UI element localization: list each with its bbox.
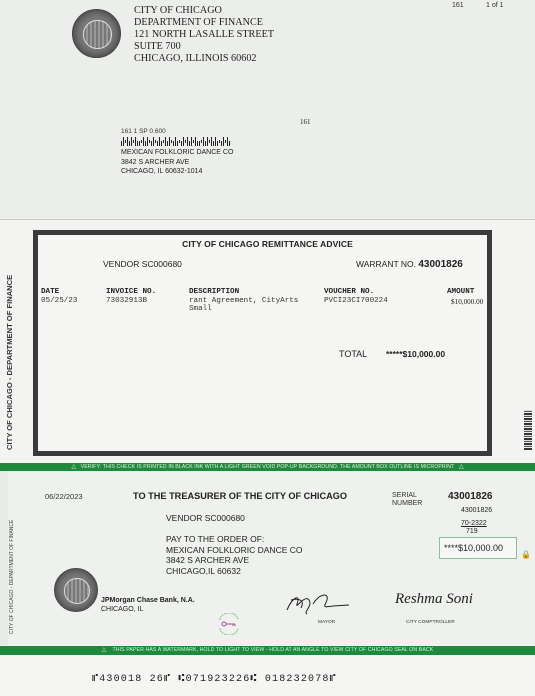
- padlock-icon: 🔒: [521, 550, 531, 559]
- mail-sort-code: 161 1 SP 0.600: [121, 128, 166, 135]
- row-voucher: PVCI23CI700224: [324, 297, 388, 305]
- routing-fraction-top: 70-2322: [461, 520, 487, 527]
- col-header-amount: AMOUNT: [447, 288, 474, 296]
- bank-info: JPMorgan Chase Bank, N.A. CHICAGO, IL: [101, 597, 195, 614]
- col-header-voucher: VOUCHER NO.: [324, 288, 374, 296]
- sender-line: SUITE 700: [134, 41, 274, 53]
- key-watermark-icon: [216, 613, 242, 635]
- recipient-address: MEXICAN FOLKLORIC DANCE CO 3842 S ARCHER…: [121, 148, 233, 177]
- sender-line: DEPARTMENT OF FINANCE: [134, 17, 274, 29]
- mayor-signature: [283, 590, 353, 618]
- warrant-label: WARRANT NO.: [356, 259, 416, 269]
- remittance-title: CITY OF CHICAGO REMITTANCE ADVICE: [0, 239, 535, 249]
- side-code-marks: [524, 410, 532, 450]
- serial-label: SERIAL NUMBER: [392, 492, 422, 507]
- serial-number-small: 43001826: [461, 507, 492, 514]
- bank-name: JPMorgan Chase Bank, N.A.: [101, 597, 195, 606]
- payee-line: CHICAGO,IL 60632: [166, 566, 303, 577]
- col-header-invoice: INVOICE NO.: [106, 288, 156, 296]
- bank-city: CHICAGO, IL: [101, 606, 195, 615]
- mayor-label: MAYOR: [318, 620, 335, 625]
- security-notice-top: VERIFY: THIS CHECK IS PRINTED IN BLACK I…: [81, 464, 455, 470]
- security-notice-bottom: THIS PAPER HAS A WATERMARK, HOLD TO LIGH…: [112, 647, 433, 653]
- warrant-value: 43001826: [418, 259, 463, 270]
- lock-icon: △: [102, 647, 107, 653]
- city-seal-icon: [72, 9, 121, 58]
- col-header-description: DESCRIPTION: [189, 288, 239, 296]
- sender-line: CITY OF CHICAGO: [134, 5, 274, 17]
- col-header-date: DATE: [41, 288, 59, 296]
- batch-number: 161: [452, 2, 464, 9]
- payee-line: MEXICAN FOLKLORIC DANCE CO: [166, 545, 303, 556]
- comptroller-label: CITY COMPTROLLER: [406, 620, 455, 625]
- micr-line: ⑈430018 26⑈ ⑆071923226⑆ 018232078⑈: [92, 673, 337, 685]
- check-heading: TO THE TREASURER OF THE CITY OF CHICAGO: [133, 491, 347, 501]
- payee-line: 3842 S ARCHER AVE: [166, 555, 303, 566]
- city-seal-icon: [54, 568, 98, 612]
- page-indicator: 1 of 1: [486, 2, 504, 9]
- remittance-vendor: VENDOR SC000680: [103, 259, 182, 269]
- check-amount: ****$10,000.00: [444, 543, 503, 553]
- security-bar-bottom: △ THIS PAPER HAS A WATERMARK, HOLD TO LI…: [0, 646, 535, 655]
- check-left-margin: [0, 471, 8, 645]
- check-date: 06/22/2023: [45, 492, 83, 501]
- lock-icon: △: [459, 464, 464, 470]
- total-label: TOTAL: [339, 349, 367, 359]
- sender-address: CITY OF CHICAGO DEPARTMENT OF FINANCE 12…: [134, 5, 274, 65]
- sender-line: 121 NORTH LASALLE STREET: [134, 29, 274, 41]
- comptroller-signature: Reshma Soni: [395, 591, 473, 608]
- serial-number: 43001826: [448, 491, 493, 502]
- postal-barcode: [121, 137, 230, 146]
- recipient-line: 3842 S ARCHER AVE: [121, 158, 233, 168]
- recipient-line: MEXICAN FOLKLORIC DANCE CO: [121, 148, 233, 158]
- mailing-batch: 161: [300, 118, 311, 126]
- recipient-line: CHICAGO, IL 60632-1014: [121, 167, 233, 177]
- row-description: rant Agreement, CityArts Small: [189, 297, 298, 313]
- routing-fraction-bottom: 719: [466, 528, 478, 535]
- payee-block: PAY TO THE ORDER OF: MEXICAN FOLKLORIC D…: [166, 534, 303, 576]
- total-value: *****$10,000.00: [386, 349, 445, 359]
- row-invoice: 73032913B: [106, 297, 147, 305]
- pay-to-label: PAY TO THE ORDER OF:: [166, 534, 303, 545]
- row-date: 05/25/23: [41, 297, 77, 305]
- check-vendor: VENDOR SC000680: [166, 513, 245, 523]
- check-side-label: CITY OF CHICAGO - DEPARTMENT OF FINANCE: [9, 520, 15, 634]
- warrant-number: WARRANT NO. 43001826: [356, 259, 463, 270]
- remittance-side-label: CITY OF CHICAGO - DEPARTMENT OF FINANCE: [5, 275, 14, 450]
- amount-box: ****$10,000.00: [439, 537, 517, 559]
- sender-line: CHICAGO, ILLINOIS 60602: [134, 53, 274, 65]
- perforation-line: [0, 219, 535, 220]
- row-amount: $10,000.00: [451, 298, 483, 306]
- lock-icon: △: [71, 464, 76, 470]
